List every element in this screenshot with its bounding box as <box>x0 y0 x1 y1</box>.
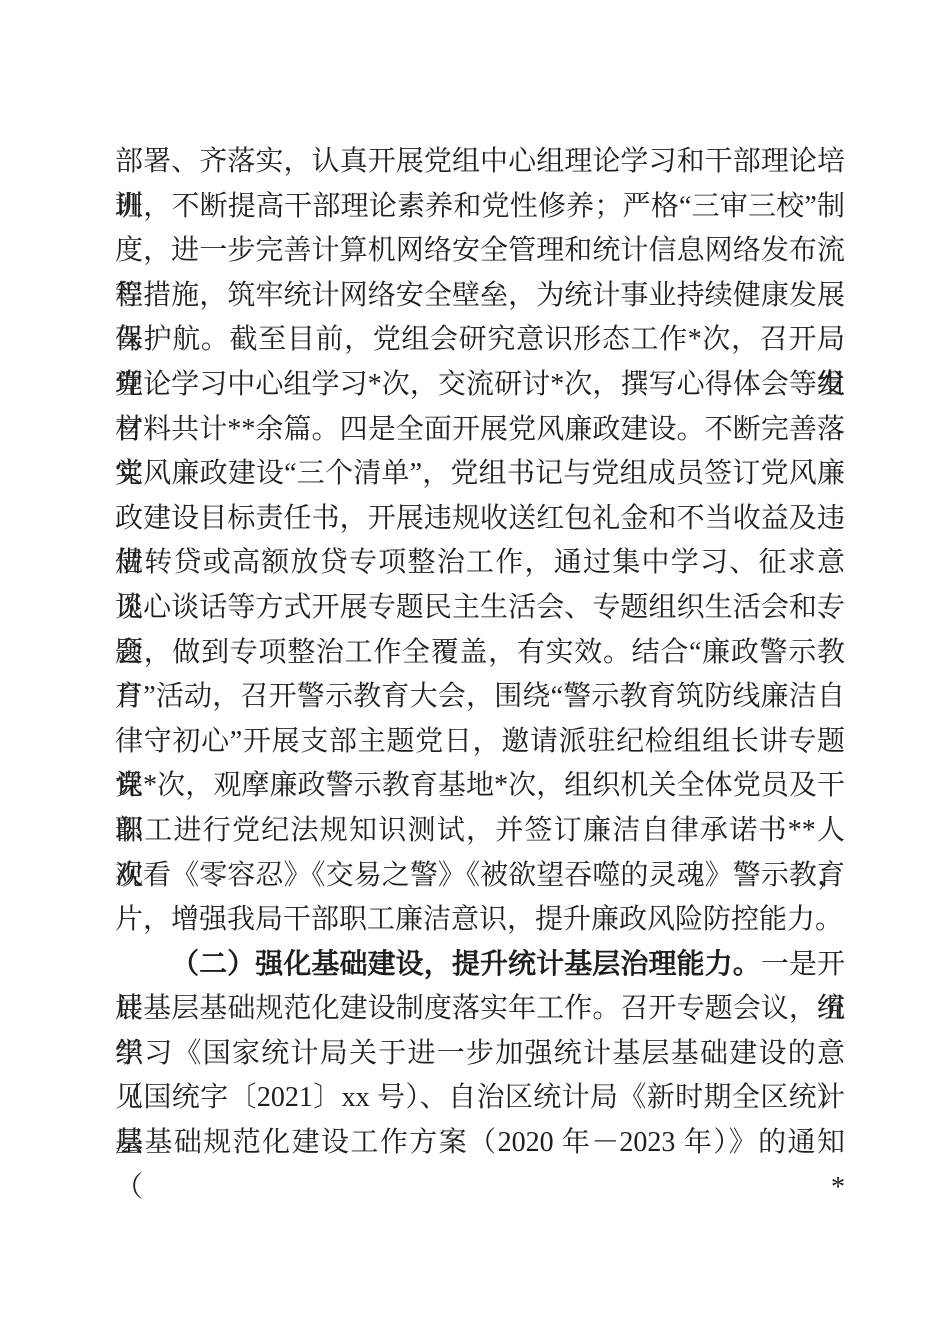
text-line: 职工进行党纪法规知识测试，并签订廉洁自律承诺书**人次， <box>115 809 845 854</box>
section-heading-text: （二）强化基础建设，提升统计基层治理能力。 <box>171 949 761 980</box>
text-line: 片，增强我局干部职工廉洁意识，提升廉政风险防控能力。 <box>115 898 845 943</box>
text-line: 谈心谈话等方式开展专题民主生活会、专题组织生活会和专题 <box>115 586 845 631</box>
text-line: 政建设目标责任书，开展违规收送红包礼金和不当收益及违规 <box>115 497 845 542</box>
text-line: 层基础规范化建设工作方案（2020 年－2023 年）》的通知（* <box>115 1121 845 1166</box>
text-line: 律守初心”开展支部主题党日，邀请派驻纪检组组长讲专题党 <box>115 720 845 765</box>
body-text: 党风廉政建设“三个清单”，党组书记与党组成员签订党风廉 <box>115 458 845 489</box>
text-line: （二）强化基础建设，提升统计基层治理能力。一是开展统 <box>115 943 845 988</box>
text-line: 月”活动，召开警示教育大会，围绕“警示教育筑防线廉洁自 <box>115 675 845 720</box>
text-line: 理论学习中心组学习*次，交流研讨*次，撰写心得体会等发言 <box>115 363 845 408</box>
text-line: 驾护航。截至目前，党组会研究意识形态工作*次，召开局党组 <box>115 318 845 363</box>
text-line: 班，不断提高干部理论素养和党性修养；严格“三审三校”制 <box>115 185 845 230</box>
body-text: 观看《零容忍》《交易之警》《被欲望吞噬的灵魂》警示教育 <box>115 860 845 891</box>
document-page: 部署、齐落实，认真开展党组中心组理论学习和干部理论培训班，不断提高干部理论素养和… <box>0 0 950 1344</box>
body-text: 层基础规范化建设工作方案（2020 年－2023 年）》的通知（* <box>115 1127 845 1203</box>
text-line: 等措施，筑牢统计网络安全壁垒，为统计事业持续健康发展保 <box>115 274 845 319</box>
text-line: 会，做到专项整治工作全覆盖，有实效。结合“廉政警示教育 <box>115 631 845 676</box>
text-line: 观看《零容忍》《交易之警》《被欲望吞噬的灵魂》警示教育 <box>115 854 845 899</box>
body-text: 班，不断提高干部理论素养和党性修养；严格“三审三校”制 <box>115 191 845 222</box>
text-line: 借转贷或高额放贷专项整治工作，通过集中学习、征求意见、 <box>115 541 845 586</box>
text-line: （国统字〔2021〕xx 号）、自治区统计局《新时期全区统计基 <box>115 1076 845 1121</box>
text-line: 材料共计**余篇。四是全面开展党风廉政建设。不断完善落实 <box>115 408 845 453</box>
document-page-root: { "page": { "background_color": "#ffffff… <box>0 0 950 1344</box>
text-line: 学习《国家统计局关于进一步加强统计基层基础建设的意见》 <box>115 1032 845 1077</box>
body-text: 月”活动，召开警示教育大会，围绕“警示教育筑防线廉洁自 <box>115 681 845 712</box>
text-line: 部署、齐落实，认真开展党组中心组理论学习和干部理论培训 <box>115 140 845 185</box>
text-line: 课*次，观摩廉政警示教育基地*次，组织机关全体党员及干部 <box>115 764 845 809</box>
document-body: 部署、齐落实，认真开展党组中心组理论学习和干部理论培训班，不断提高干部理论素养和… <box>115 140 845 1166</box>
text-line: 党风廉政建设“三个清单”，党组书记与党组成员签订党风廉 <box>115 452 845 497</box>
text-line: 计基层基础规范化建设制度落实年工作。召开专题会议，组织 <box>115 987 845 1032</box>
body-text: 片，增强我局干部职工廉洁意识，提升廉政风险防控能力。 <box>115 904 843 935</box>
text-line: 度，进一步完善计算机网络安全管理和统计信息网络发布流程 <box>115 229 845 274</box>
